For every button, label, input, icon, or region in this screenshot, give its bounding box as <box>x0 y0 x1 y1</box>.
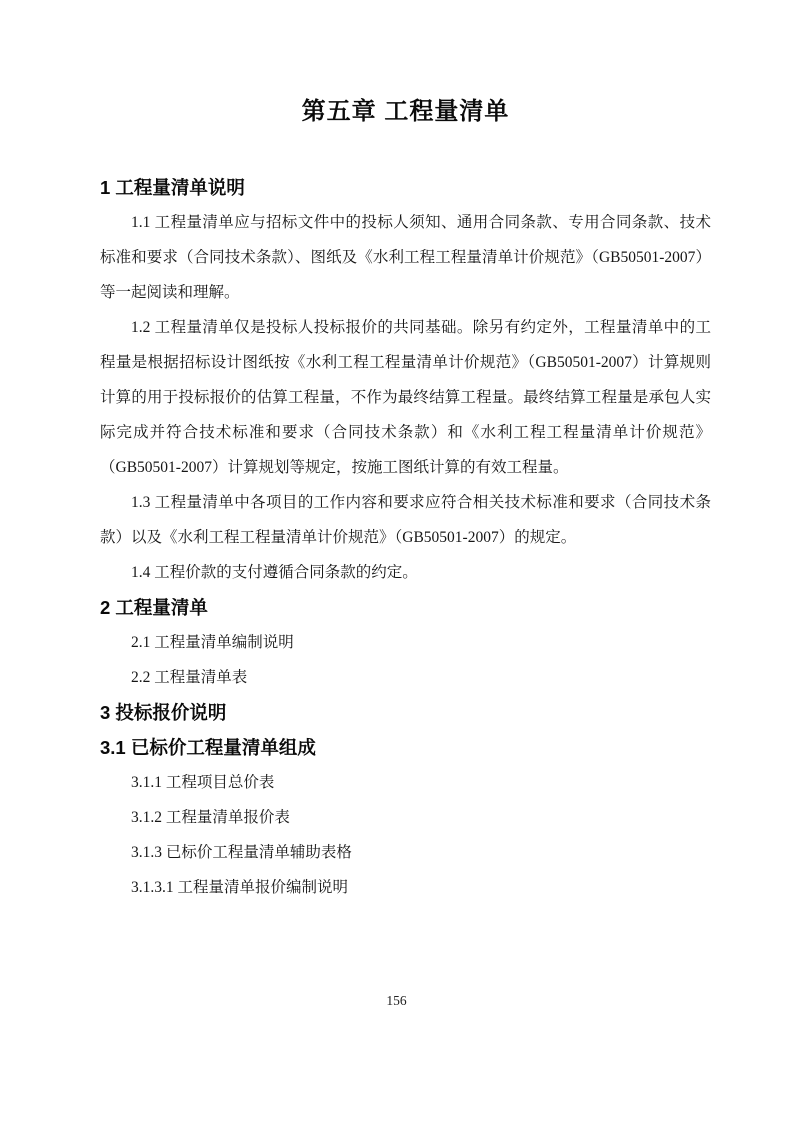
list-item-3-1-3-1: 3.1.3.1 工程量清单报价编制说明 <box>100 870 711 905</box>
paragraph-1-2: 1.2 工程量清单仅是投标人投标报价的共同基础。除另有约定外，工程量清单中的工程… <box>100 310 711 485</box>
section-heading-1: 1 工程量清单说明 <box>100 170 711 205</box>
section-heading-3: 3 投标报价说明 <box>100 695 711 730</box>
section-heading-3-1: 3.1 已标价工程量清单组成 <box>100 730 711 765</box>
list-item-3-1-3: 3.1.3 已标价工程量清单辅助表格 <box>100 835 711 870</box>
page-number: 156 <box>0 993 793 1009</box>
list-item-3-1-1: 3.1.1 工程项目总价表 <box>100 765 711 800</box>
chapter-title: 第五章 工程量清单 <box>100 92 711 132</box>
list-item-2-1: 2.1 工程量清单编制说明 <box>100 625 711 660</box>
section-heading-2: 2 工程量清单 <box>100 590 711 625</box>
paragraph-1-4: 1.4 工程价款的支付遵循合同条款的约定。 <box>100 555 711 590</box>
list-item-3-1-2: 3.1.2 工程量清单报价表 <box>100 800 711 835</box>
paragraph-1-1: 1.1 工程量清单应与招标文件中的投标人须知、通用合同条款、专用合同条款、技术标… <box>100 205 711 310</box>
paragraph-1-3: 1.3 工程量清单中各项目的工作内容和要求应符合相关技术标准和要求（合同技术条款… <box>100 485 711 555</box>
document-content: 第五章 工程量清单 1 工程量清单说明 1.1 工程量清单应与招标文件中的投标人… <box>100 92 711 905</box>
list-item-2-2: 2.2 工程量清单表 <box>100 660 711 695</box>
document-page: 第五章 工程量清单 1 工程量清单说明 1.1 工程量清单应与招标文件中的投标人… <box>0 0 793 1122</box>
